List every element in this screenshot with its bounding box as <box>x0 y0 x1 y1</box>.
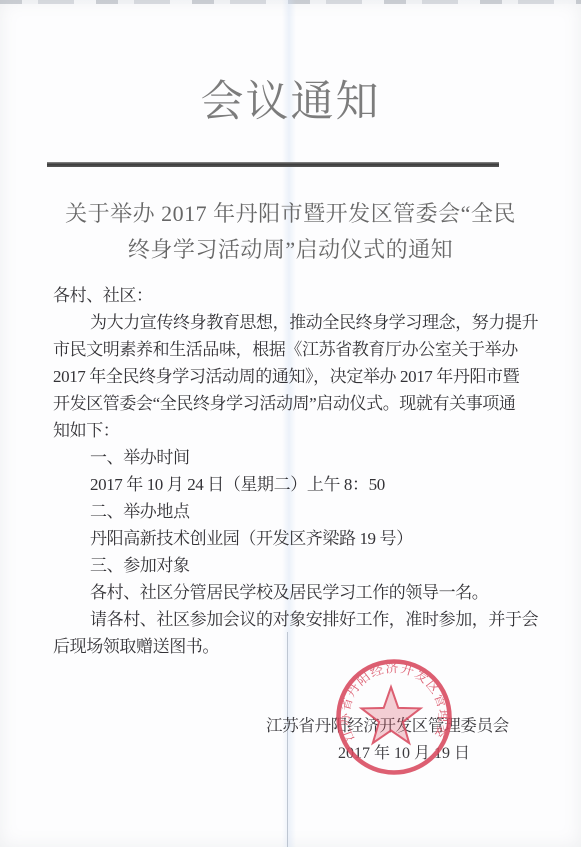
item-1-value: 2017 年 10 月 24 日（星期二）上午 8：50 <box>53 471 533 498</box>
notice-heading-line-1: 关于举办 2017 年丹阳市暨开发区管委会“全民 <box>28 196 553 232</box>
body-line: 2017 年全民终身学习活动周的通知》，决定举办 2017 年丹阳市暨 <box>53 363 533 390</box>
body-line: 市民文明素养和生活品味，根据《江苏省教育厅办公室关于举办 <box>53 336 533 363</box>
item-2-value: 丹阳高新技术创业园（开发区齐梁路 19 号） <box>53 525 533 552</box>
title-divider-rule <box>47 162 499 167</box>
notice-body: 各村、社区： 为大力宣传终身教育思想，推动全民终身学习理念，努力提升 市民文明素… <box>53 282 533 660</box>
body-line: 请各村、社区参加会议的对象安排好工作，准时参加，并于会 <box>53 606 533 633</box>
page-fold-line <box>287 632 288 847</box>
official-seal: 江苏省丹阳经济开发区管理委员会 <box>332 655 456 779</box>
item-2-heading: 二、举办地点 <box>53 498 533 525</box>
body-line: 知如下： <box>53 417 533 444</box>
scanned-notice-page: 会议通知 关于举办 2017 年丹阳市暨开发区管委会“全民 终身学习活动周”启动… <box>0 0 581 847</box>
body-line: 后现场领取赠送图书。 <box>53 633 533 660</box>
document-title: 会议通知 <box>0 68 581 129</box>
notice-heading: 关于举办 2017 年丹阳市暨开发区管委会“全民 终身学习活动周”启动仪式的通知 <box>28 196 553 268</box>
item-3-value: 各村、社区分管居民学校及居民学习工作的领导一名。 <box>53 579 533 606</box>
salutation-line: 各村、社区： <box>53 282 533 309</box>
seal-star-icon <box>362 687 421 743</box>
body-line: 为大力宣传终身教育思想，推动全民终身学习理念，努力提升 <box>53 309 533 336</box>
item-3-heading: 三、参加对象 <box>53 552 533 579</box>
item-1-heading: 一、举办时间 <box>53 444 533 471</box>
notice-heading-line-2: 终身学习活动周”启动仪式的通知 <box>28 232 553 268</box>
body-line: 开发区管委会“全民终身学习活动周”启动仪式。现就有关事项通 <box>53 390 533 417</box>
